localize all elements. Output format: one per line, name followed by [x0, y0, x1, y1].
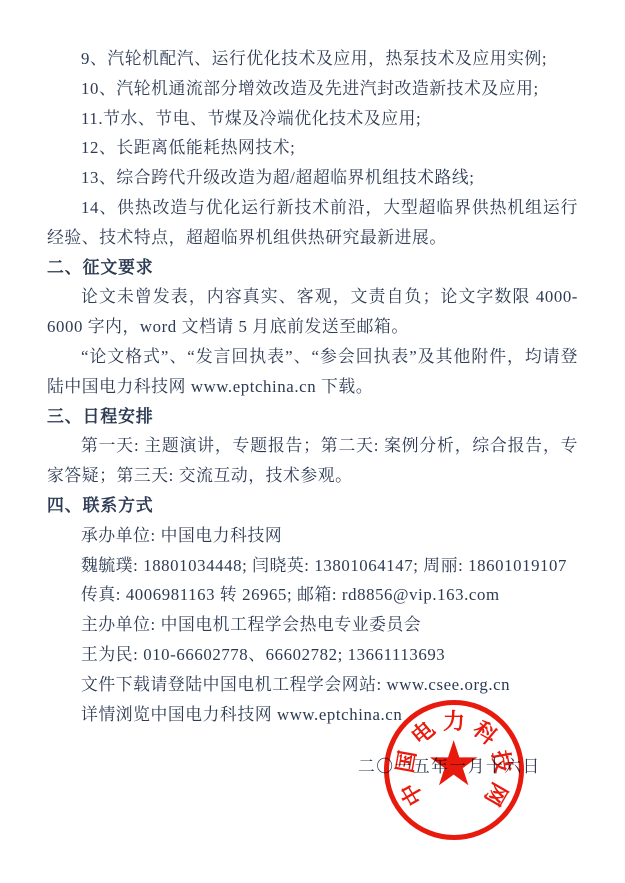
list-item-9: 9、汽轮机配汽、运行优化技术及应用，热泵技术及应用实例;	[47, 44, 578, 74]
list-item-14: 14、供热改造与优化运行新技术前沿，大型超临界供热机组运行经验、技术特点，超超临…	[47, 193, 578, 253]
paragraph-schedule: 第一天: 主题演讲，专题报告；第二天: 案例分析，综合报告，专家答疑；第三天: …	[47, 431, 578, 491]
section-heading-contact: 四、联系方式	[47, 491, 578, 521]
list-item-12: 12、长距离低能耗热网技术;	[47, 133, 578, 163]
contact-line-csee-website: 文件下载请登陆中国电机工程学会网站: www.csee.org.cn	[47, 670, 578, 700]
contact-line-wangweimin: 王为民: 010-66602778、66602782; 13661113693	[47, 640, 578, 670]
paragraph-paper-requirements: 论文未曾发表，内容真实、客观，文责自负；论文字数限 4000-6000 字内，w…	[47, 282, 578, 342]
contact-line-host: 主办单位: 中国电机工程学会热电专业委员会	[47, 610, 578, 640]
list-item-11: 11.节水、节电、节煤及冷端优化技术及应用;	[47, 104, 578, 134]
list-item-10: 10、汽轮机通流部分增效改造及先进汽封改造新技术及应用;	[47, 74, 578, 104]
section-heading-schedule: 三、日程安排	[47, 402, 578, 432]
document-page: 9、汽轮机配汽、运行优化技术及应用，热泵技术及应用实例; 10、汽轮机通流部分增…	[0, 0, 625, 883]
contact-line-eptchina-website: 详情浏览中国电力科技网 www.eptchina.cn	[47, 700, 578, 730]
contact-line-organizer: 承办单位: 中国电力科技网	[47, 521, 578, 551]
list-item-13: 13、综合跨代升级改造为超/超超临界机组技术路线;	[47, 163, 578, 193]
paragraph-attachments-download: “论文格式”、“发言回执表”、“参会回执表”及其他附件，均请登陆中国电力科技网 …	[47, 342, 578, 402]
section-heading-call-for-papers: 二、征文要求	[47, 253, 578, 283]
contact-line-phones: 魏毓璞: 18801034448; 闫晓英: 13801064147; 周丽: …	[47, 551, 578, 581]
date-line: 二〇一五年一月十六日	[358, 752, 541, 782]
contact-line-fax-email: 传真: 4006981163 转 26965; 邮箱: rd8856@vip.1…	[47, 580, 578, 610]
